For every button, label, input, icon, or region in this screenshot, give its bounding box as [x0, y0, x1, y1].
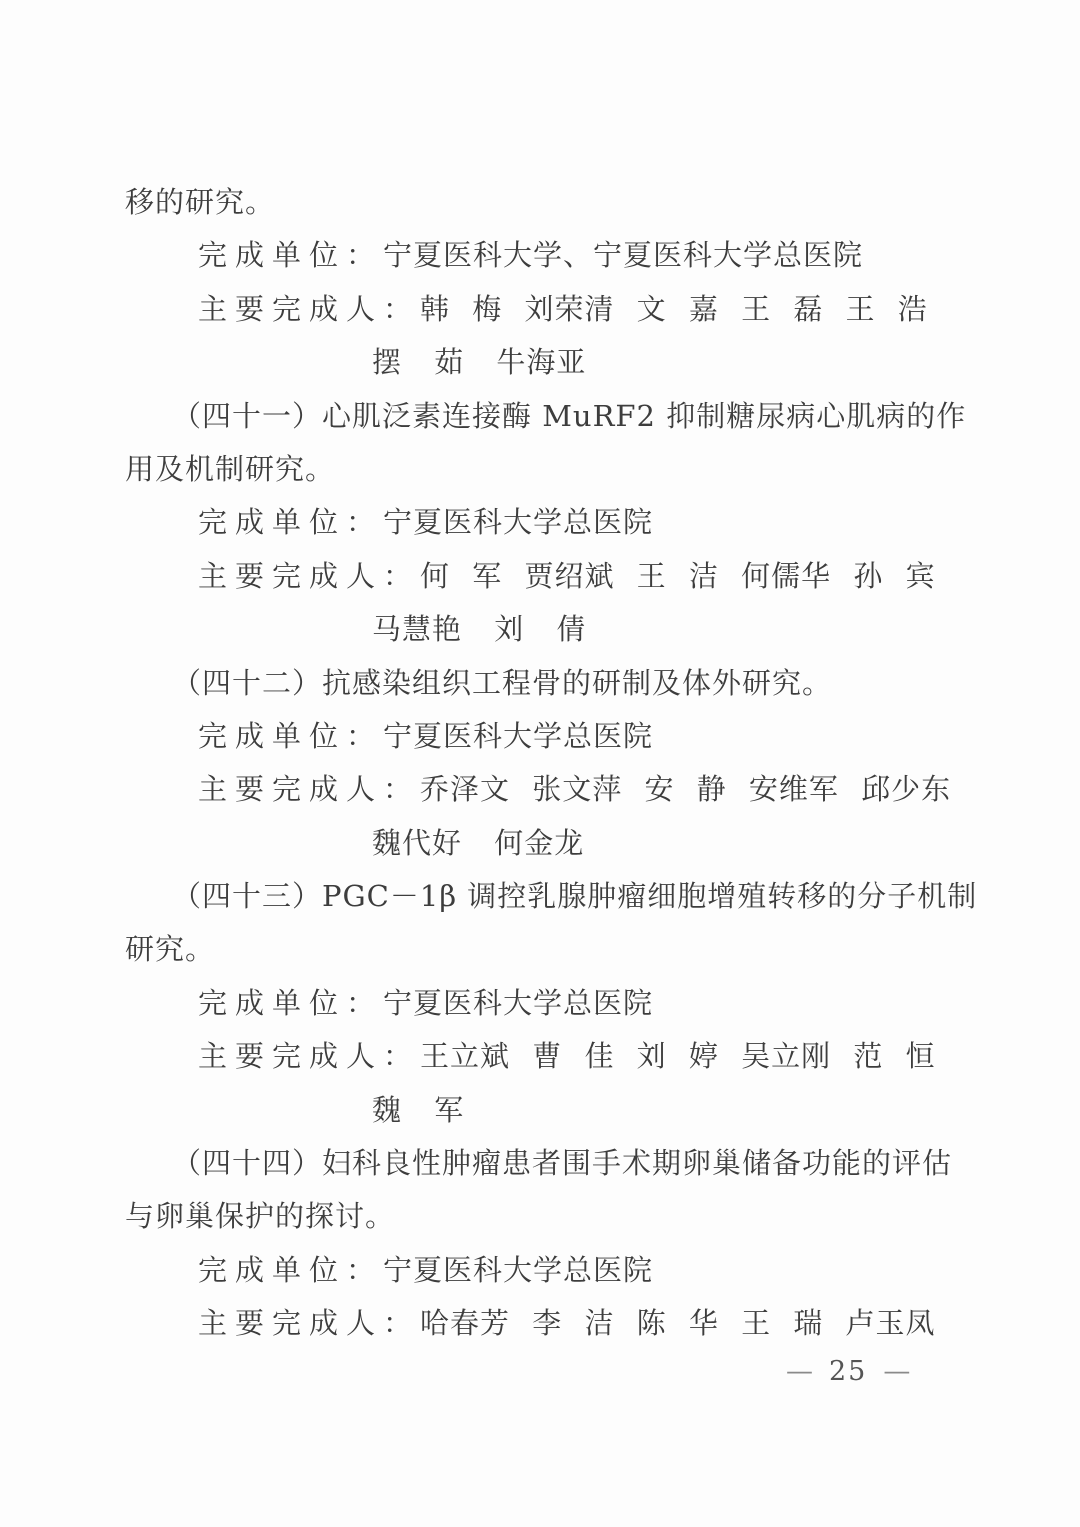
entry-41-people-line-2: 马慧艳 刘 倩 — [125, 603, 940, 656]
people-names-continued: 马慧艳 刘 倩 — [372, 612, 586, 646]
unit-label: 完成单位： — [198, 986, 383, 1020]
unit-value: 宁夏医科大学总医院 — [383, 986, 653, 1020]
people-names: 何 军 贾绍斌 王 洁 何儒华 孙 宾 — [420, 559, 936, 593]
footer-dash-left: — — [786, 1352, 813, 1392]
continued-title-tail: 移的研究。 — [125, 176, 940, 229]
unit-value: 宁夏医科大学总医院 — [383, 505, 653, 539]
continued-people-line-1: 主要完成人：韩 梅 刘荣清 文 嘉 王 磊 王 浩 — [125, 283, 940, 336]
entry-41-title-line-2: 用及机制研究。 — [125, 443, 940, 496]
people-label: 主要完成人： — [198, 1306, 420, 1340]
page-footer: — 25 — — [770, 1352, 926, 1392]
document-page: 移的研究。 完成单位：宁夏医科大学、宁夏医科大学总医院 主要完成人：韩 梅 刘荣… — [0, 0, 1080, 1527]
people-label: 主要完成人： — [198, 1039, 420, 1073]
footer-dash-right: — — [883, 1352, 910, 1392]
entry-42-unit-line: 完成单位：宁夏医科大学总医院 — [125, 710, 940, 763]
people-label: 主要完成人： — [198, 772, 420, 806]
unit-label: 完成单位： — [198, 505, 383, 539]
continued-people-line-2: 摆 茹 牛海亚 — [125, 336, 940, 389]
entry-44-title-line-2: 与卵巢保护的探讨。 — [125, 1190, 940, 1243]
entry-42-title-line-1: （四十二）抗感染组织工程骨的研制及体外研究。 — [125, 657, 940, 710]
entry-41-unit-line: 完成单位：宁夏医科大学总医院 — [125, 496, 940, 549]
people-names: 王立斌 曹 佳 刘 婷 吴立刚 范 恒 — [420, 1039, 936, 1073]
people-names: 韩 梅 刘荣清 文 嘉 王 磊 王 浩 — [420, 292, 928, 326]
entry-43-people-line-1: 主要完成人：王立斌 曹 佳 刘 婷 吴立刚 范 恒 — [125, 1030, 940, 1083]
entry-44-unit-line: 完成单位：宁夏医科大学总医院 — [125, 1244, 940, 1297]
page-number: 25 — [829, 1352, 867, 1392]
people-label: 主要完成人： — [198, 292, 420, 326]
continued-unit-line: 完成单位：宁夏医科大学、宁夏医科大学总医院 — [125, 229, 940, 282]
people-names: 哈春芳 李 洁 陈 华 王 瑞 卢玉凤 — [420, 1306, 936, 1340]
people-names-continued: 摆 茹 牛海亚 — [372, 345, 586, 379]
entry-43-title-line-1: （四十三）PGC－1β 调控乳腺肿瘤细胞增殖转移的分子机制 — [125, 870, 940, 923]
people-label: 主要完成人： — [198, 559, 420, 593]
entry-43-people-line-2: 魏 军 — [125, 1084, 940, 1137]
entry-41-people-line-1: 主要完成人：何 军 贾绍斌 王 洁 何儒华 孙 宾 — [125, 550, 940, 603]
unit-value: 宁夏医科大学总医院 — [383, 1253, 653, 1287]
document-body: 移的研究。 完成单位：宁夏医科大学、宁夏医科大学总医院 主要完成人：韩 梅 刘荣… — [0, 0, 1080, 1351]
entry-43-title-line-2: 研究。 — [125, 923, 940, 976]
unit-label: 完成单位： — [198, 1253, 383, 1287]
entry-42-people-line-2: 魏代好 何金龙 — [125, 817, 940, 870]
unit-value: 宁夏医科大学、宁夏医科大学总医院 — [383, 238, 863, 272]
people-names-continued: 魏代好 何金龙 — [372, 826, 584, 860]
entry-41-title-line-1: （四十一）心肌泛素连接酶 MuRF2 抑制糖尿病心肌病的作 — [125, 390, 940, 443]
unit-label: 完成单位： — [198, 238, 383, 272]
unit-label: 完成单位： — [198, 719, 383, 753]
entry-42-people-line-1: 主要完成人：乔泽文 张文萍 安 静 安维军 邱少东 — [125, 763, 940, 816]
unit-value: 宁夏医科大学总医院 — [383, 719, 653, 753]
entry-44-people-line-1: 主要完成人：哈春芳 李 洁 陈 华 王 瑞 卢玉凤 — [125, 1297, 940, 1350]
entry-44-title-line-1: （四十四）妇科良性肿瘤患者围手术期卵巢储备功能的评估 — [125, 1137, 940, 1190]
entry-43-unit-line: 完成单位：宁夏医科大学总医院 — [125, 977, 940, 1030]
people-names: 乔泽文 张文萍 安 静 安维军 邱少东 — [420, 772, 951, 806]
people-names-continued: 魏 军 — [372, 1093, 464, 1127]
